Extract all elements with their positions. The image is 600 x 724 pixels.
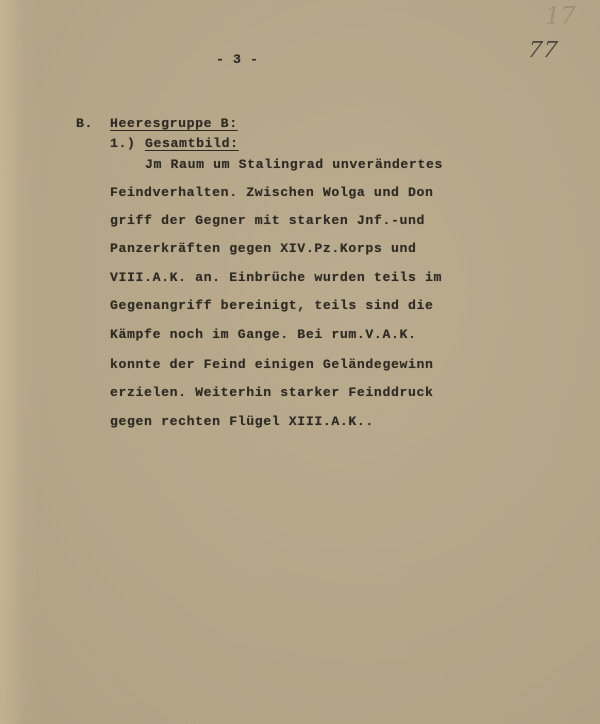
pencil-mark: 17: [545, 2, 576, 30]
body-line: VIII.A.K. an. Einbrüche wurden teils im: [110, 271, 442, 284]
body-line: konnte der Feind einigen Geländegewinn: [110, 358, 434, 371]
body-line: griff der Gegner mit starken Jnf.-und: [110, 214, 425, 227]
body-line: Gegenangriff bereinigt, teils sind die: [110, 299, 434, 312]
subsection-heading: Gesamtbild:: [145, 137, 239, 150]
section-heading: Heeresgruppe B:: [110, 117, 238, 130]
body-line: erzielen. Weiterhin starker Feinddruck: [110, 386, 434, 399]
archive-folio-number: 77: [526, 38, 560, 63]
body-line: gegen rechten Flügel XIII.A.K..: [110, 415, 374, 428]
body-line: Jm Raum um Stalingrad unverändertes: [145, 158, 443, 171]
body-line: Kämpfe noch im Gange. Bei rum.V.A.K.: [110, 328, 417, 341]
section-letter: B.: [76, 117, 93, 130]
page-number: - 3 -: [216, 53, 259, 66]
body-line: Feindverhalten. Zwischen Wolga und Don: [110, 186, 434, 199]
subsection-number: 1.): [110, 137, 136, 150]
body-line: Panzerkräften gegen XIV.Pz.Korps und: [110, 242, 417, 255]
